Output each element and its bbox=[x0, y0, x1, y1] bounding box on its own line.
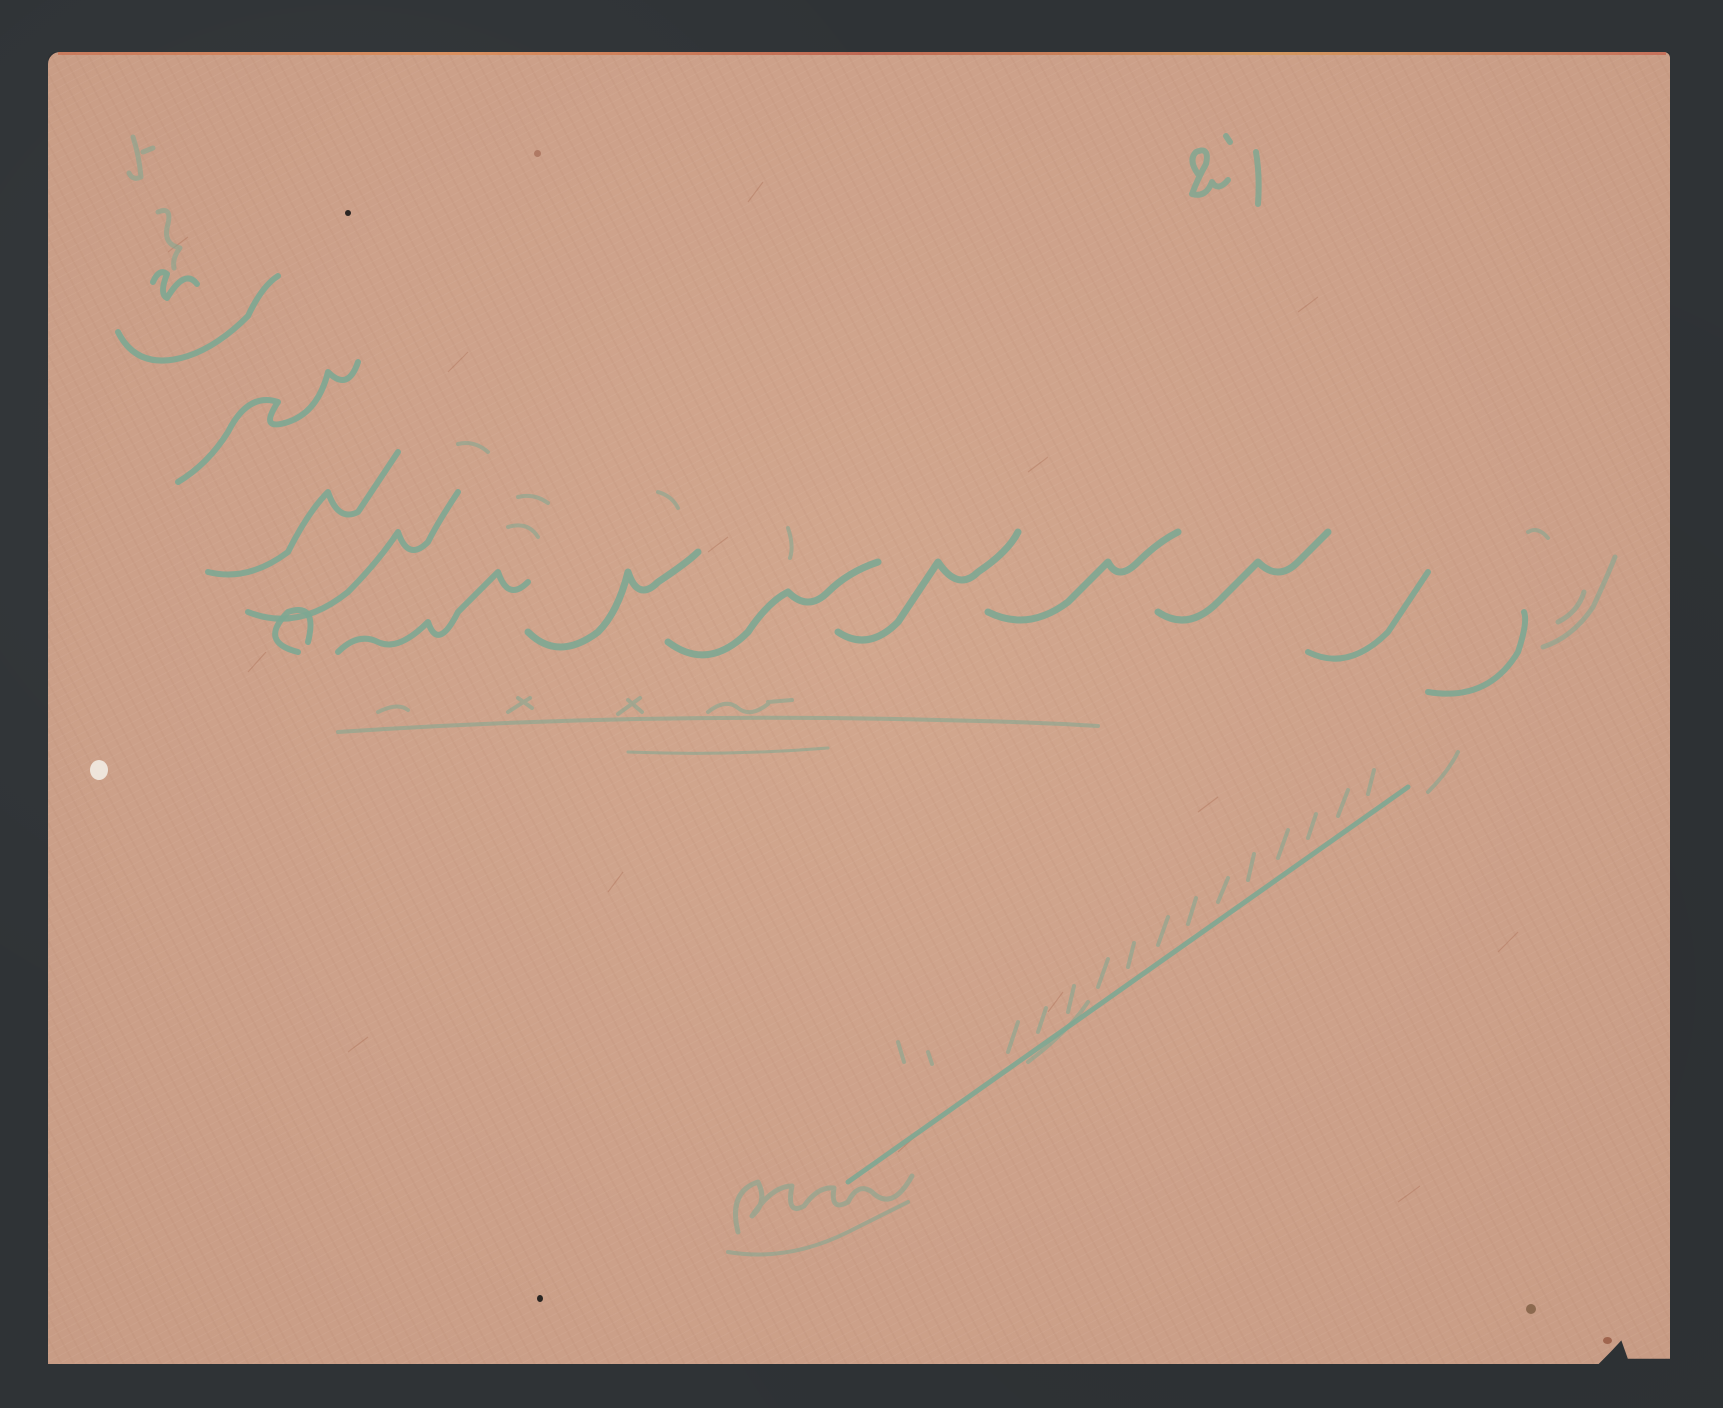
handwriting-layer bbox=[48, 52, 1670, 1364]
inscription-left-margin bbox=[118, 137, 548, 619]
envelope: Scanned envelope (reverse/front), handwr… bbox=[48, 52, 1670, 1364]
inscription-right-edge-fragment bbox=[1528, 530, 1615, 647]
inscription-main-underline bbox=[338, 698, 1098, 753]
inscription-bottom-signature bbox=[728, 1176, 912, 1255]
inscription-main-address-line bbox=[275, 492, 1525, 694]
inscription-lower-right-diagonal bbox=[848, 752, 1458, 1182]
inscription-top-right-word bbox=[1192, 136, 1259, 204]
